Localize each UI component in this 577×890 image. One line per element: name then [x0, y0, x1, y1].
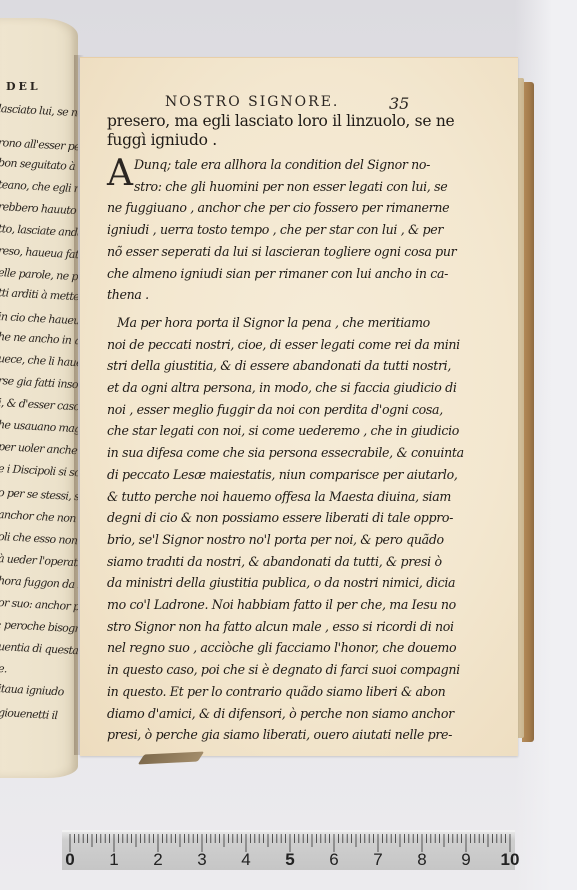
page-tab-fragment — [138, 751, 205, 764]
text-line: noi de peccati nostri, cioe, di esser le… — [107, 334, 435, 356]
ruler-ticks — [62, 832, 515, 852]
ruler-label: 9 — [461, 850, 470, 870]
text-line: stro Signor non ha fatto alcun male , es… — [107, 616, 435, 638]
left-page-text-line: e i Discipoli si scam — [0, 462, 78, 480]
left-page-text-line: reso, haueua fatto lor — [0, 244, 78, 263]
left-page-text-line: giouenetti il — [0, 706, 58, 722]
left-page-text-line: hora fuggon da lui — [0, 574, 78, 592]
left-page-text-line: elle parole, ne pensa — [0, 266, 78, 284]
left-page-text-line: o per se stessi, si qua — [0, 486, 78, 505]
text-line: presero, ma egli lasciato loro il linzuo… — [107, 112, 435, 131]
text-line: degni di cio & non possiamo essere liber… — [107, 507, 435, 529]
left-page-text-line: itaua igniudo — [0, 682, 64, 698]
left-page-text-line: per uoler anche ben — [0, 440, 78, 458]
text-line: ne fuggiuano , anchor che per cio fosser… — [107, 197, 435, 219]
text-line: noi , esser meglio fuggir da noi con per… — [107, 399, 435, 421]
left-page-text-line: rono all'esser percosse — [0, 136, 78, 155]
ruler-label: 3 — [197, 850, 206, 870]
scale-ruler: 012345678910 — [62, 830, 515, 870]
text-line: in sua difesa come che sia persona essec… — [107, 442, 435, 464]
text-line: nõ esser seperati da lui si lascieran to… — [107, 241, 435, 263]
text-line: brio, se'l Signor nostro no'l porta per … — [107, 529, 435, 551]
left-page-text-line: e. — [0, 662, 7, 675]
text-line: siamo tradıti da nostri, & abandonati da… — [107, 551, 435, 573]
text-line: thena . — [107, 284, 435, 306]
left-page-text-line: oli che esso non uo — [0, 530, 78, 548]
ruler-label: 10 — [501, 850, 520, 870]
ruler-label: 7 — [373, 850, 382, 870]
text-line: Dunq; tale era allhora la condition del … — [107, 154, 435, 176]
ruler-label: 1 — [109, 850, 118, 870]
ruler-label: 5 — [285, 850, 294, 870]
text-line: stri della giustitia, & di essere abando… — [107, 355, 435, 377]
text-line: fuggì igniudo . — [107, 131, 435, 150]
text-line: da ministri della giustitia publica, o d… — [107, 572, 435, 594]
text-line: nel regno suo , acciòche gli facciamo l'… — [107, 637, 435, 659]
drop-cap: A — [107, 156, 133, 192]
paragraph-1: Dunq; tale era allhora la condition del … — [107, 154, 435, 306]
ruler-label: 0 — [65, 850, 74, 870]
page-number: 35 — [389, 94, 409, 113]
text-line: mo co'l Ladrone. Noi habbiam fatto il pe… — [107, 594, 435, 616]
left-page-text-line: in cio che haueua detto — [0, 310, 78, 329]
text-line: Ma per hora porta il Signor la pena , ch… — [107, 312, 435, 334]
ruler-label: 6 — [329, 850, 338, 870]
paragraph-2: Ma per hora porta il Signor la pena , ch… — [107, 312, 435, 746]
left-page-text-line: he ne ancho in questa — [0, 330, 78, 349]
left-page-text-line: he usauano maggior — [0, 418, 78, 436]
ruler-label: 4 — [241, 850, 250, 870]
left-page-text-line: teano, che egli non uo — [0, 178, 78, 197]
text-line: & tutto perche noi hauemo offesa la Maes… — [107, 486, 435, 508]
left-page-text-line: à ueder l'operatio — [0, 552, 78, 570]
left-page-text-line: rse gia fatti insolenti — [0, 374, 78, 392]
text-line: et da ogni altra persona, in modo, che s… — [107, 377, 435, 399]
left-page-text-line: i, & d'esser cascati — [0, 396, 78, 414]
text-line: stro: che gli huomini per non esser lega… — [107, 176, 435, 198]
left-page-text-line: bon seguitato à difend — [0, 156, 78, 175]
text-line: che star legati con noi, si come uederem… — [107, 420, 435, 442]
left-running-head: DEL — [6, 80, 41, 93]
text-line: igniudi , uerra tosto tempo , che per st… — [107, 219, 435, 241]
left-page-text-line: anchor che non l'ha — [0, 508, 78, 526]
left-page-text-line: rebbero hauuto paura — [0, 200, 78, 219]
left-page-text-line: lasciato lui, se ne — [0, 102, 78, 119]
text-line: di peccato Lesæ maiestatis, niun compari… — [107, 464, 435, 486]
text-line: diamo d'amici, & di difensori, ò perche … — [107, 703, 435, 725]
text-line: in questo. Et per lo contrario quãdo sia… — [107, 681, 435, 703]
left-page: DEL lasciato lui, se nerono all'esser pe… — [0, 18, 78, 778]
text-line: presi, ò perche gia siamo liberati, ouer… — [107, 724, 435, 746]
text-line: in questo caso, poi che si è degnato di … — [107, 659, 435, 681]
main-text-block: presero, ma egli lasciato loro il linzuo… — [107, 112, 435, 746]
ruler-label: 2 — [153, 850, 162, 870]
left-page-text-line: or suo: anchor per — [0, 596, 78, 614]
left-page-text-line: : peroche bisogna — [0, 618, 78, 636]
ruler-label: 8 — [417, 850, 426, 870]
left-page-text-line: tti arditi à mettergli — [0, 286, 78, 304]
text-line: che almeno igniudi sian per rimaner con … — [107, 263, 435, 285]
left-page-text-line: uece, che li haueua fat — [0, 352, 78, 371]
running-head: NOSTRO SIGNORE. — [165, 94, 339, 110]
left-page-text-line: uentia di questa — [0, 640, 78, 657]
left-page-text-line: tto, lasciate andar uia — [0, 222, 78, 241]
